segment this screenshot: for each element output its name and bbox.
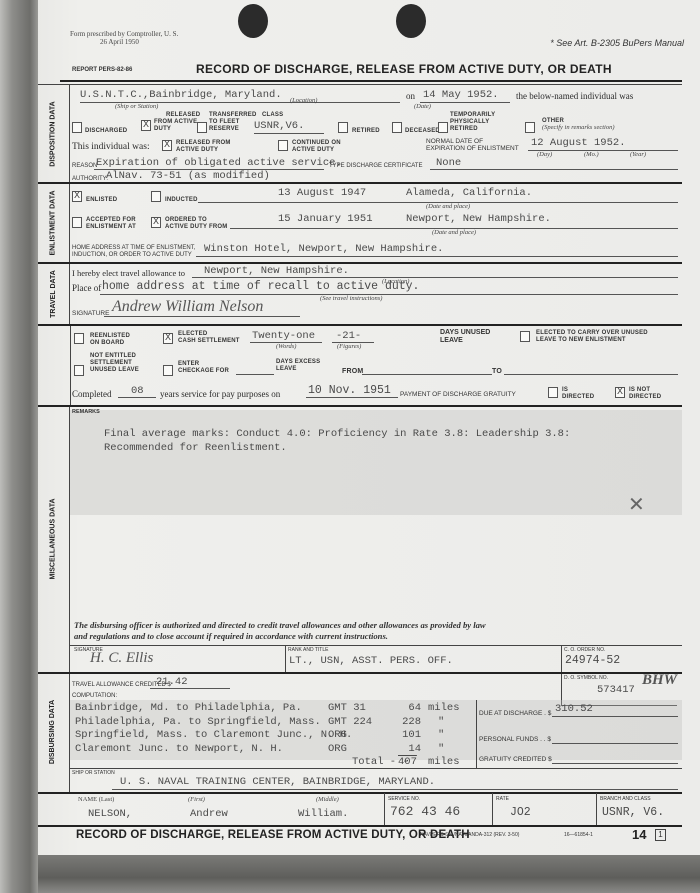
report-code: REPORT PERS-82-86 xyxy=(72,67,132,73)
ordered-place: Newport, New Hampshire. xyxy=(406,213,551,225)
other-checkbox[interactable] xyxy=(525,122,535,133)
released-from-ad-checkbox[interactable]: X xyxy=(162,140,172,151)
unused-leave-figures: -21- xyxy=(336,330,361,342)
discharge-certificate-value: None xyxy=(436,157,461,169)
carry-over-leave-checkbox[interactable] xyxy=(520,331,530,342)
ordered-date: 15 January 1951 xyxy=(278,213,373,225)
gratuity-is-not-directed-checkbox[interactable]: X xyxy=(615,387,625,398)
last-name-value: NELSON, xyxy=(88,808,132,820)
see-article-note: * See Art. B-2305 BuPers Manual xyxy=(550,38,684,48)
retired-checkbox[interactable] xyxy=(338,122,348,133)
elected-cash-settlement-checkbox[interactable]: X xyxy=(163,333,173,344)
punch-hole-right xyxy=(396,4,426,38)
class-value: USNR,V6. xyxy=(254,120,304,132)
do-symbol-number: 573417 xyxy=(597,684,635,696)
ship-or-station-value: U. S. NAVAL TRAINING CENTER, BAINBRIDGE,… xyxy=(120,776,435,788)
computation-miles: 64 228 101 14 xyxy=(395,702,421,756)
enlisted-date: 13 August 1947 xyxy=(278,187,366,199)
document-page: Form prescribed by Comptroller, U. S. 26… xyxy=(0,0,700,893)
enter-checkage-checkbox[interactable] xyxy=(163,365,173,376)
temporarily-physically-retired-checkbox[interactable] xyxy=(438,122,448,133)
released-from-active-duty-checkbox[interactable]: X xyxy=(141,120,151,131)
service-date-value: 10 Nov. 1951 xyxy=(308,384,391,397)
co-order-number: 24974-52 xyxy=(565,654,620,667)
normal-expiration-date: 12 August 1952. xyxy=(531,137,626,149)
travel-allowance-destination: Newport, New Hampshire. xyxy=(204,265,349,277)
transferred-fleet-reserve-checkbox[interactable] xyxy=(197,122,207,133)
section-travel: TRAVEL DATA xyxy=(38,264,70,324)
remarks-line-2: Recommended for Reenlistment. xyxy=(104,442,287,454)
scan-bottom-shadow xyxy=(38,855,700,893)
box-number: 1 xyxy=(655,829,666,841)
home-address-value: Winston Hotel, Newport, New Hampshire. xyxy=(204,243,443,255)
computation-total-miles: 407 xyxy=(398,756,417,768)
enlisted-checkbox[interactable]: X xyxy=(72,191,82,202)
ship-station-value: U.S.N.T.C.,Bainbridge, Maryland. xyxy=(80,89,282,101)
middle-name-value: William. xyxy=(298,808,348,820)
place-of-value: home address at time of recall to active… xyxy=(102,280,419,293)
page-number: 14 xyxy=(632,827,646,842)
section-disposition: DISPOSITION DATA xyxy=(38,85,70,182)
gratuity-is-directed-checkbox[interactable] xyxy=(548,387,558,398)
reenlisted-on-board-checkbox[interactable] xyxy=(74,333,84,344)
gpo-number: 16—61854-1 xyxy=(564,832,593,838)
form-title: RECORD OF DISCHARGE, RELEASE FROM ACTIVE… xyxy=(196,62,612,76)
scan-edge-shadow xyxy=(0,0,38,893)
reason-value: Expiration of obligated active service. xyxy=(96,157,342,169)
branch-class-value: USNR, V6. xyxy=(602,806,664,819)
disposition-date: 14 May 1952. xyxy=(423,89,499,101)
header-rule xyxy=(60,80,682,82)
years-completed-value: 08 xyxy=(131,385,144,397)
section-enlistment: ENLISTMENT DATA xyxy=(38,184,70,262)
due-at-discharge-amount: 310.52 xyxy=(555,703,593,715)
authority-value: AlNav. 73-51 (as modified) xyxy=(106,170,270,182)
x-mark: ✕ xyxy=(628,492,645,517)
continued-on-ad-checkbox[interactable] xyxy=(278,140,288,151)
discharged-checkbox[interactable] xyxy=(72,122,82,133)
first-name-value: Andrew xyxy=(190,808,228,820)
service-number-value: 762 43 46 xyxy=(390,804,460,819)
punch-hole-left xyxy=(238,4,268,38)
initials-stamp: BHW xyxy=(642,672,677,689)
inducted-checkbox[interactable] xyxy=(151,191,161,202)
deceased-checkbox[interactable] xyxy=(392,122,402,133)
footer-title: RECORD OF DISCHARGE, RELEASE FROM ACTIVE… xyxy=(76,829,470,841)
officer-signature: H. C. Ellis xyxy=(90,650,153,667)
computation-codes: GMT 31 GMT 224 ORG ORG xyxy=(328,702,372,756)
section-disbursing: DISBURSING DATA xyxy=(38,672,70,792)
rate-value: JO2 xyxy=(510,806,531,819)
form-prescribed-note: Form prescribed by Comptroller, U. S. 26… xyxy=(70,30,178,46)
rank-title-value: LT., USN, ASST. PERS. OFF. xyxy=(289,655,453,667)
ordered-to-active-duty-checkbox[interactable]: X xyxy=(151,217,161,228)
unused-leave-words: Twenty-one xyxy=(252,330,315,342)
travel-allowance-credited: 21.42 xyxy=(156,676,188,688)
section-miscellaneous: MISCELLANEOUS DATA xyxy=(38,406,70,672)
not-entitled-settlement-checkbox[interactable] xyxy=(74,365,84,376)
form-number: NAVPERS-601/NAVSANDA-312 (REV. 3-50) xyxy=(420,832,519,838)
accepted-for-enlistment-checkbox[interactable] xyxy=(72,217,82,228)
remarks-line-1: Final average marks: Conduct 4.0: Profic… xyxy=(104,428,570,440)
computation-routes: Bainbridge, Md. to Philadelphia, Pa. Phi… xyxy=(75,702,352,756)
enlisted-place: Alameda, California. xyxy=(406,187,532,199)
travel-signature: Andrew William Nelson xyxy=(112,298,263,316)
